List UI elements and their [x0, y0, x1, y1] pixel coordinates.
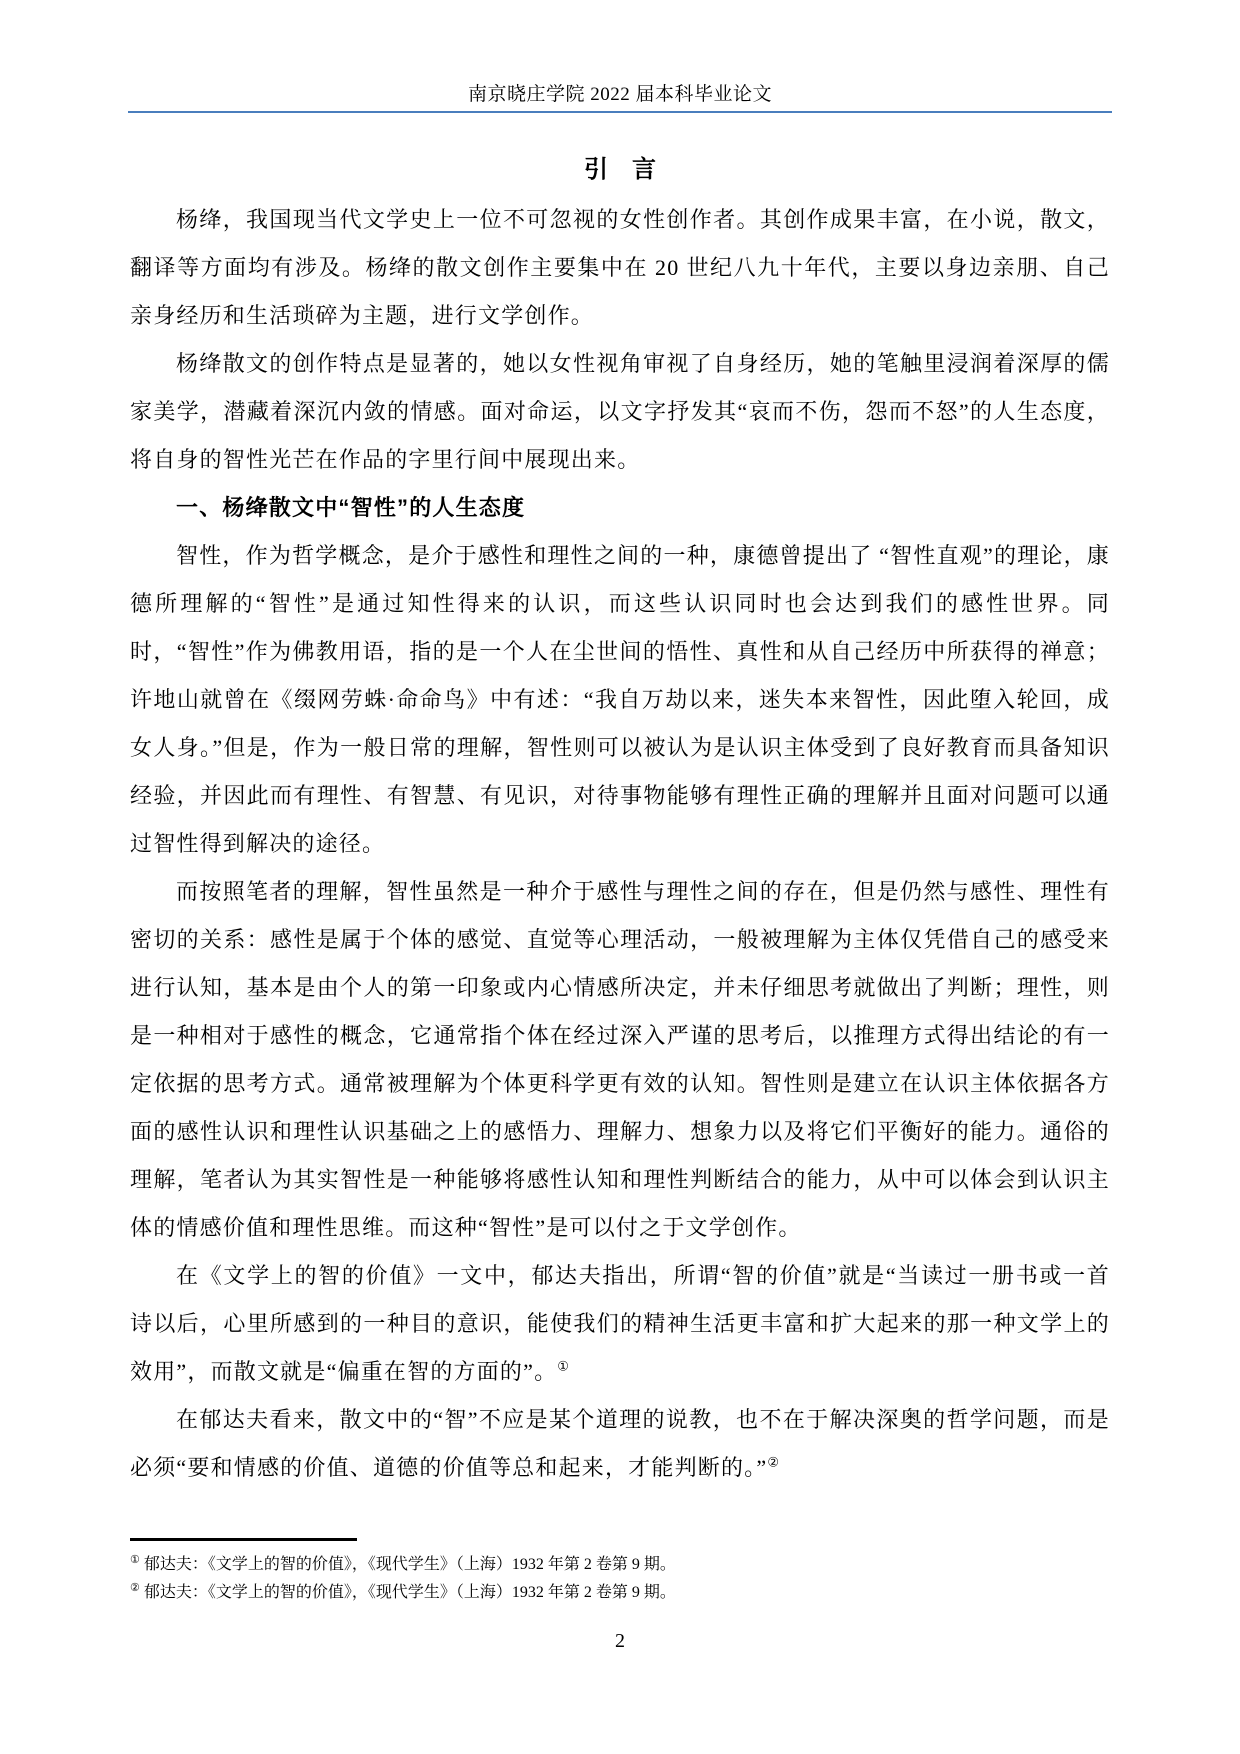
- footnote-1-marker: ①: [130, 1554, 140, 1566]
- paragraph-6: 在郁达夫看来，散文中的“智”不应是某个道理的说教，也不在于解决深奥的哲学问题，而…: [130, 1396, 1110, 1492]
- section-heading: 一、杨绛散文中“智性”的人生态度: [130, 484, 1110, 532]
- paragraph-4: 而按照笔者的理解，智性虽然是一种介于感性与理性之间的存在，但是仍然与感性、理性有…: [130, 868, 1110, 1252]
- document-page: 南京晓庄学院 2022 届本科毕业论文 引 言 杨绛，我国现当代文学史上一位不可…: [0, 0, 1240, 1754]
- paragraph-5: 在《文学上的智的价值》一文中，郁达夫指出，所谓“智的价值”就是“当读过一册书或一…: [130, 1252, 1110, 1396]
- header-rule: [128, 111, 1112, 113]
- footnote-2-text: 郁达夫：《文学上的智的价值》，《现代学生》（上海）1932 年第 2 卷第 9 …: [144, 1584, 676, 1601]
- page-number: 2: [0, 1630, 1240, 1653]
- footnote-separator: [130, 1538, 357, 1541]
- footnote-reference-1: ①: [557, 1359, 570, 1374]
- paragraph-5-text: 在《文学上的智的价值》一文中，郁达夫指出，所谓“智的价值”就是“当读过一册书或一…: [130, 1263, 1110, 1384]
- paragraph-3: 智性，作为哲学概念，是介于感性和理性之间的一种，康德曾提出了 “智性直观”的理论…: [130, 532, 1110, 868]
- footnotes-section: ①郁达夫：《文学上的智的价值》，《现代学生》（上海）1932 年第 2 卷第 9…: [130, 1538, 1110, 1607]
- footnote-1-text: 郁达夫：《文学上的智的价值》，《现代学生》（上海）1932 年第 2 卷第 9 …: [144, 1556, 676, 1573]
- paragraph-6-text: 在郁达夫看来，散文中的“智”不应是某个道理的说教，也不在于解决深奥的哲学问题，而…: [130, 1407, 1110, 1480]
- running-header: 南京晓庄学院 2022 届本科毕业论文: [128, 84, 1112, 106]
- paragraph-2: 杨绛散文的创作特点是显著的，她以女性视角审视了自身经历，她的笔触里浸润着深厚的儒…: [130, 340, 1110, 484]
- document-body: 引 言 杨绛，我国现当代文学史上一位不可忽视的女性创作者。其创作成果丰富，在小说…: [130, 146, 1110, 1492]
- footnote-2-marker: ②: [130, 1582, 140, 1594]
- page-title: 引 言: [130, 146, 1110, 194]
- footnote-reference-2: ②: [767, 1455, 780, 1470]
- paragraph-1: 杨绛，我国现当代文学史上一位不可忽视的女性创作者。其创作成果丰富，在小说，散文，…: [130, 196, 1110, 340]
- footnote-1: ①郁达夫：《文学上的智的价值》，《现代学生》（上海）1932 年第 2 卷第 9…: [130, 1551, 1110, 1579]
- footnote-2: ②郁达夫：《文学上的智的价值》，《现代学生》（上海）1932 年第 2 卷第 9…: [130, 1579, 1110, 1607]
